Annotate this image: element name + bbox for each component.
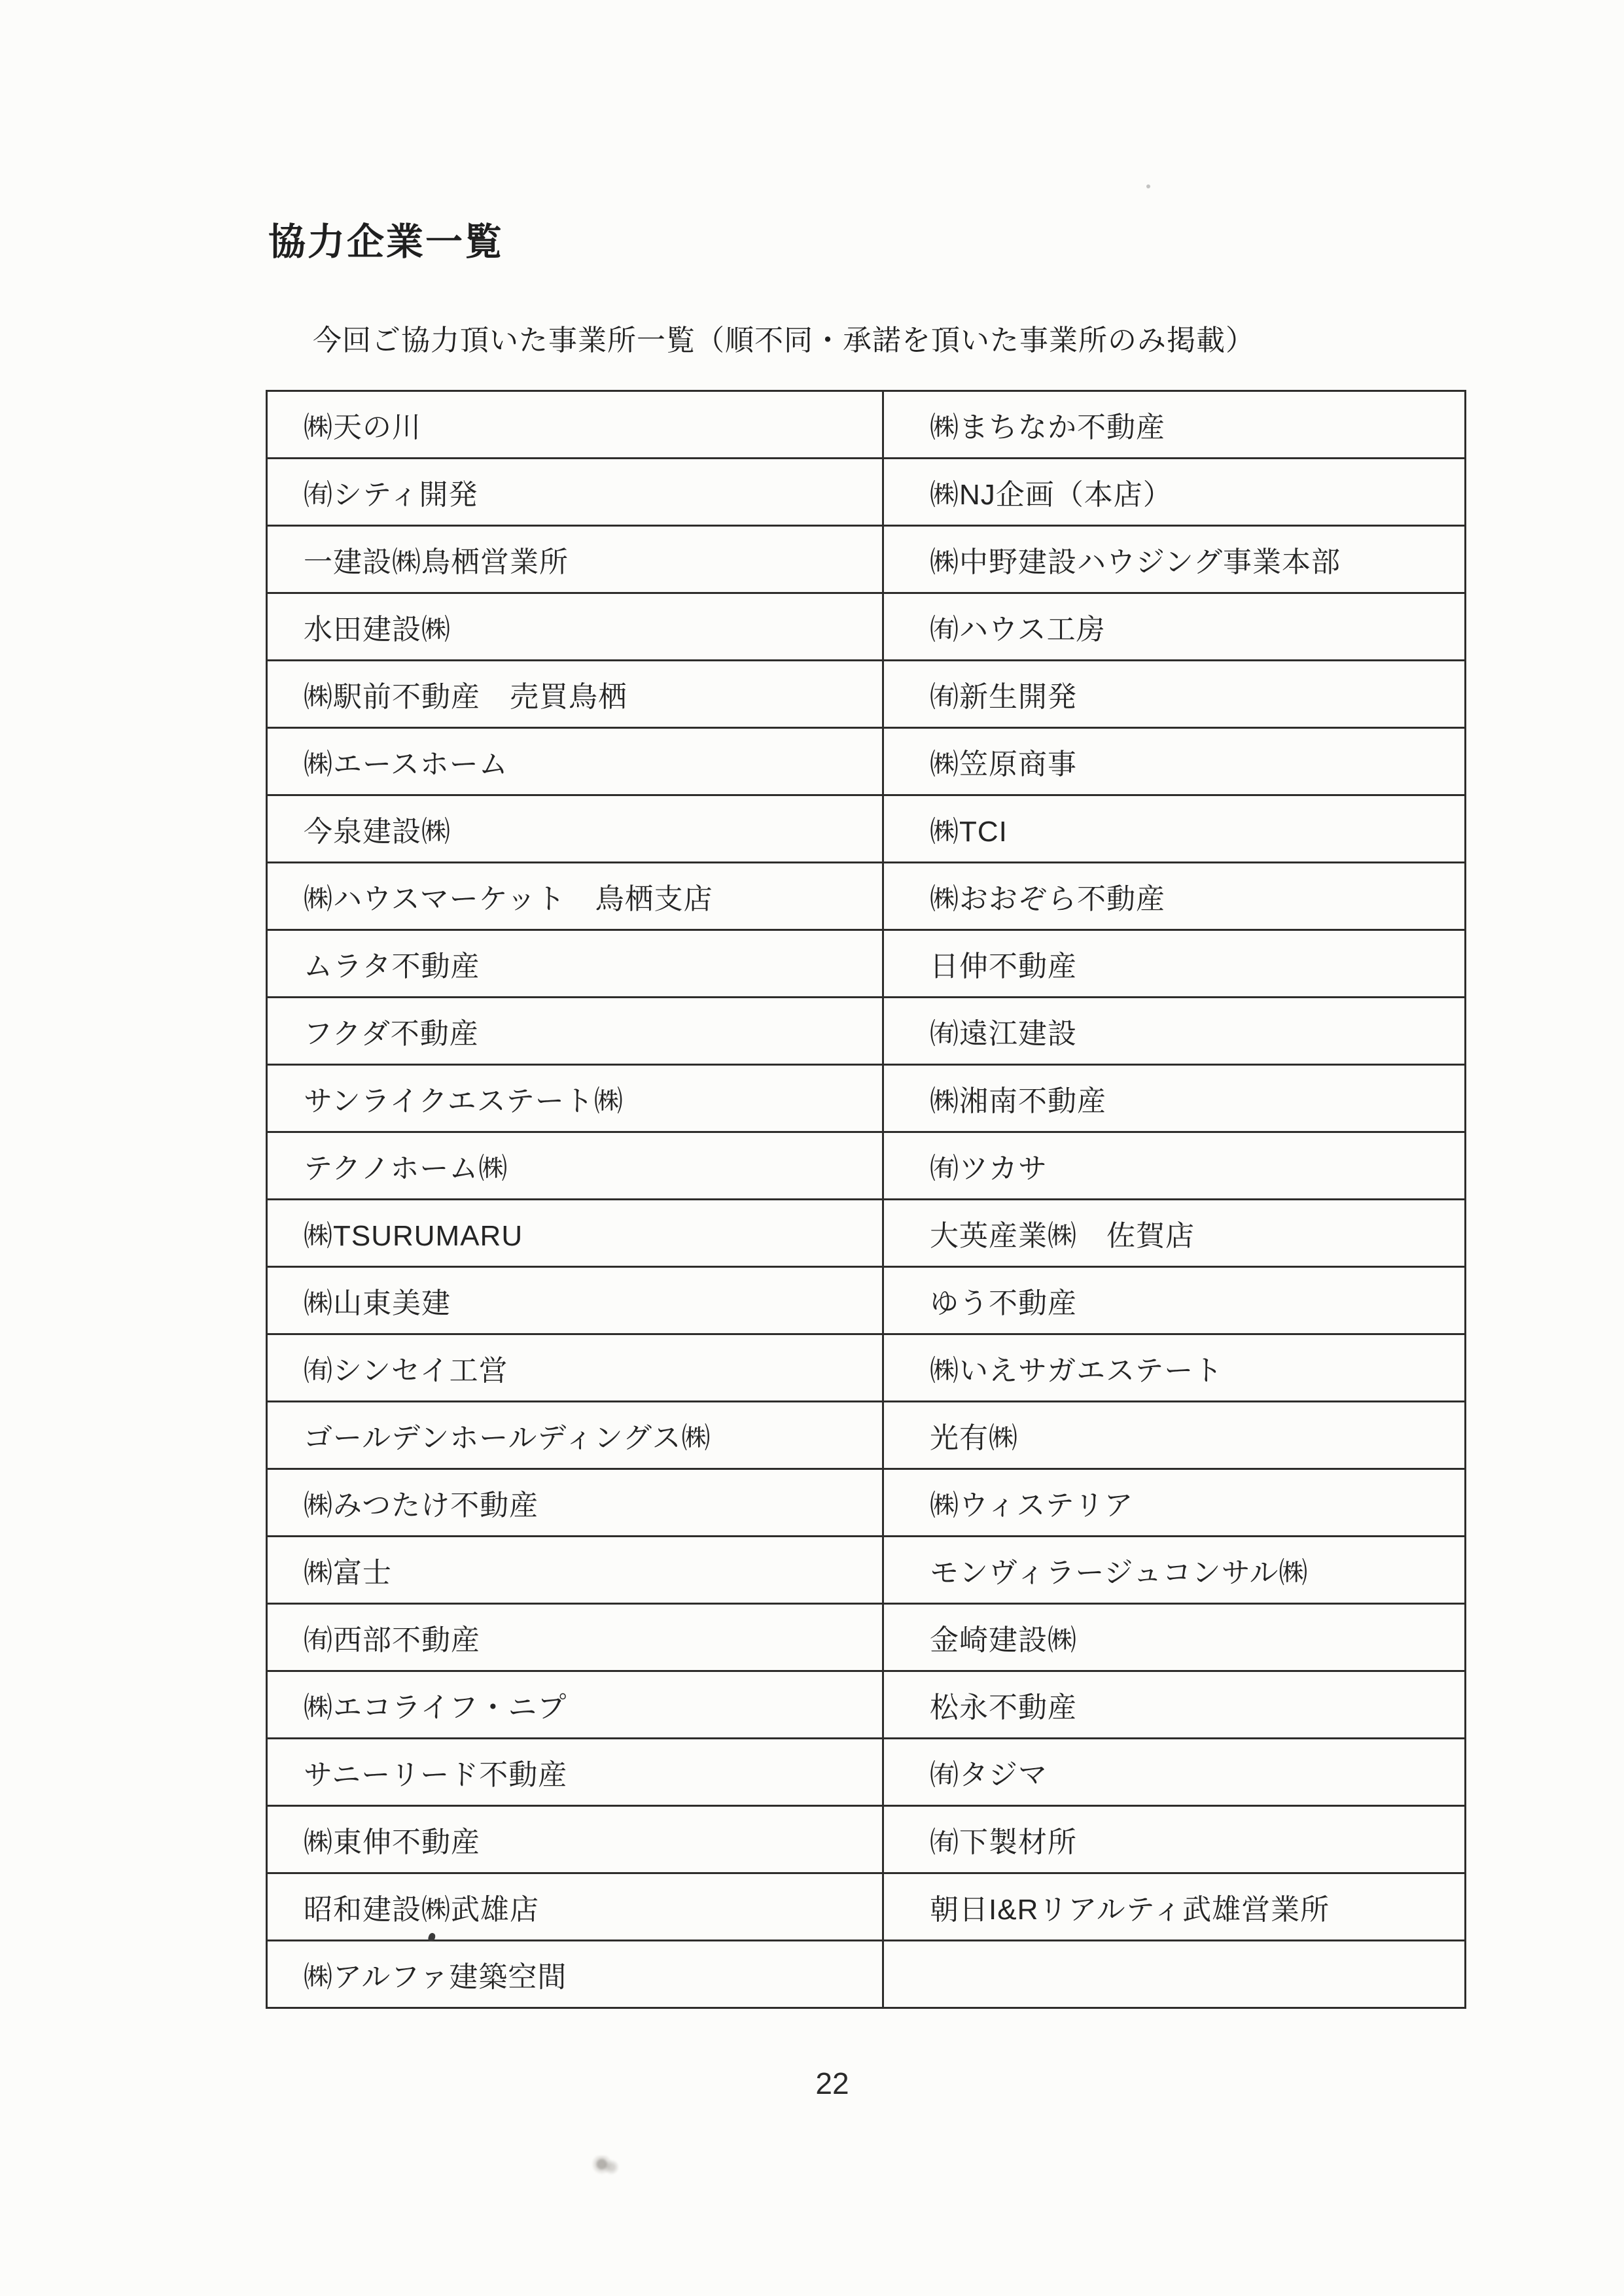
company-cell-right: ㈱中野建設ハウジング事業本部 <box>883 526 1466 593</box>
company-cell-right: モンヴィラージュコンサル㈱ <box>883 1537 1466 1604</box>
table-row: フクダ不動産㈲遠江建設 <box>267 998 1466 1065</box>
company-cell-right: 松永不動産 <box>883 1671 1466 1739</box>
company-cell-right: 日伸不動産 <box>883 930 1466 998</box>
table-row: ㈱みつたけ不動産㈱ウィステリア <box>267 1469 1466 1537</box>
company-cell-right: ㈱ウィステリア <box>883 1469 1466 1537</box>
cooperating-companies-table: ㈱天の川㈱まちなか不動産㈲シティ開発㈱NJ企画（本店）一建設㈱鳥栖営業所㈱中野建… <box>266 390 1466 2009</box>
table-row: ゴールデンホールディングス㈱光有㈱ <box>267 1402 1466 1469</box>
page-number: 22 <box>793 2066 872 2101</box>
company-cell-right: ㈲ハウス工房 <box>883 593 1466 661</box>
company-cell-left: ㈱みつたけ不動産 <box>267 1469 883 1537</box>
table-row: ㈱アルファ建築空間 <box>267 1941 1466 2008</box>
company-cell-right: ㈱湘南不動産 <box>883 1065 1466 1132</box>
scanned-page: 協力企業一覧 今回ご協力頂いた事業所一覧（順不同・承諾を頂いた事業所のみ掲載） … <box>0 0 1624 2296</box>
company-cell-left: テクノホーム㈱ <box>267 1132 883 1200</box>
company-cell-right: ㈱まちなか不動産 <box>883 391 1466 459</box>
company-cell-right: ㈲遠江建設 <box>883 998 1466 1065</box>
table-row: ムラタ不動産日伸不動産 <box>267 930 1466 998</box>
company-cell-left: ㈱エコライフ・ニプ <box>267 1671 883 1739</box>
table-row: ㈱ハウスマーケット 鳥栖支店㈱おおぞら不動産 <box>267 863 1466 930</box>
company-cell-right: 金崎建設㈱ <box>883 1604 1466 1671</box>
company-cell-right: 大英産業㈱ 佐賀店 <box>883 1200 1466 1267</box>
company-cell-left: ㈲西部不動産 <box>267 1604 883 1671</box>
company-cell-left: ㈲シンセイ工営 <box>267 1334 883 1402</box>
table-row: 水田建設㈱㈲ハウス工房 <box>267 593 1466 661</box>
company-cell-left: ムラタ不動産 <box>267 930 883 998</box>
company-cell-left: ㈱アルファ建築空間 <box>267 1941 883 2008</box>
table-row: サンライクエステート㈱㈱湘南不動産 <box>267 1065 1466 1132</box>
company-cell-right: ㈲新生開発 <box>883 661 1466 728</box>
company-cell-left: ㈱エースホーム <box>267 728 883 795</box>
company-cell-right: ㈲下製材所 <box>883 1806 1466 1873</box>
table-row: ㈱エースホーム㈱笠原商事 <box>267 728 1466 795</box>
company-cell-left: ㈱山東美建 <box>267 1267 883 1334</box>
company-cell-right: ㈱いえサガエステート <box>883 1334 1466 1402</box>
table-row: 一建設㈱鳥栖営業所㈱中野建設ハウジング事業本部 <box>267 526 1466 593</box>
company-cell-left: 一建設㈱鳥栖営業所 <box>267 526 883 593</box>
company-cell-left: フクダ不動産 <box>267 998 883 1065</box>
company-cell-left: ㈱富士 <box>267 1537 883 1604</box>
table-row: 今泉建設㈱㈱TCI <box>267 795 1466 863</box>
company-cell-left: ㈱駅前不動産 売買鳥栖 <box>267 661 883 728</box>
company-cell-right <box>883 1941 1466 2008</box>
company-cell-left: 昭和建設㈱武雄店 <box>267 1873 883 1941</box>
table-row: ㈱エコライフ・ニプ松永不動産 <box>267 1671 1466 1739</box>
company-cell-left: サニーリード不動産 <box>267 1739 883 1806</box>
company-cell-right: ㈱TCI <box>883 795 1466 863</box>
company-cell-left: 今泉建設㈱ <box>267 795 883 863</box>
table-row: ㈲シンセイ工営㈱いえサガエステート <box>267 1334 1466 1402</box>
page-subtitle: 今回ご協力頂いた事業所一覧（順不同・承諾を頂いた事業所のみ掲載） <box>313 317 1255 358</box>
table-row: サニーリード不動産㈲タジマ <box>267 1739 1466 1806</box>
table-row: ㈱東伸不動産㈲下製材所 <box>267 1806 1466 1873</box>
table-row: ㈱駅前不動産 売買鳥栖㈲新生開発 <box>267 661 1466 728</box>
company-cell-left: ㈱天の川 <box>267 391 883 459</box>
company-cell-left: 水田建設㈱ <box>267 593 883 661</box>
scan-smudge-artifact <box>592 2155 620 2175</box>
company-cell-left: ゴールデンホールディングス㈱ <box>267 1402 883 1469</box>
page-title: 協力企業一覧 <box>268 212 504 266</box>
company-cell-right: ㈱NJ企画（本店） <box>883 459 1466 526</box>
company-cell-right: ㈲タジマ <box>883 1739 1466 1806</box>
company-cell-right: ㈱笠原商事 <box>883 728 1466 795</box>
table-row: ㈱天の川㈱まちなか不動産 <box>267 391 1466 459</box>
table-row: ㈲西部不動産金崎建設㈱ <box>267 1604 1466 1671</box>
table-row: 昭和建設㈱武雄店朝日I&Rリアルティ武雄営業所 <box>267 1873 1466 1941</box>
table-row: ㈱TSURUMARU大英産業㈱ 佐賀店 <box>267 1200 1466 1267</box>
table-row: ㈱山東美建ゆう不動産 <box>267 1267 1466 1334</box>
table-row: ㈲シティ開発㈱NJ企画（本店） <box>267 459 1466 526</box>
company-cell-left: ㈲シティ開発 <box>267 459 883 526</box>
table-row: テクノホーム㈱㈲ツカサ <box>267 1132 1466 1200</box>
company-cell-right: ㈲ツカサ <box>883 1132 1466 1200</box>
company-cell-left: サンライクエステート㈱ <box>267 1065 883 1132</box>
company-cell-right: 朝日I&Rリアルティ武雄営業所 <box>883 1873 1466 1941</box>
company-cell-left: ㈱TSURUMARU <box>267 1200 883 1267</box>
company-cell-right: 光有㈱ <box>883 1402 1466 1469</box>
company-cell-right: ㈱おおぞら不動産 <box>883 863 1466 930</box>
company-cell-left: ㈱東伸不動産 <box>267 1806 883 1873</box>
company-cell-right: ゆう不動産 <box>883 1267 1466 1334</box>
scan-dot-artifact <box>1146 184 1150 188</box>
table-body: ㈱天の川㈱まちなか不動産㈲シティ開発㈱NJ企画（本店）一建設㈱鳥栖営業所㈱中野建… <box>267 391 1466 2008</box>
table-row: ㈱富士モンヴィラージュコンサル㈱ <box>267 1537 1466 1604</box>
company-cell-left: ㈱ハウスマーケット 鳥栖支店 <box>267 863 883 930</box>
